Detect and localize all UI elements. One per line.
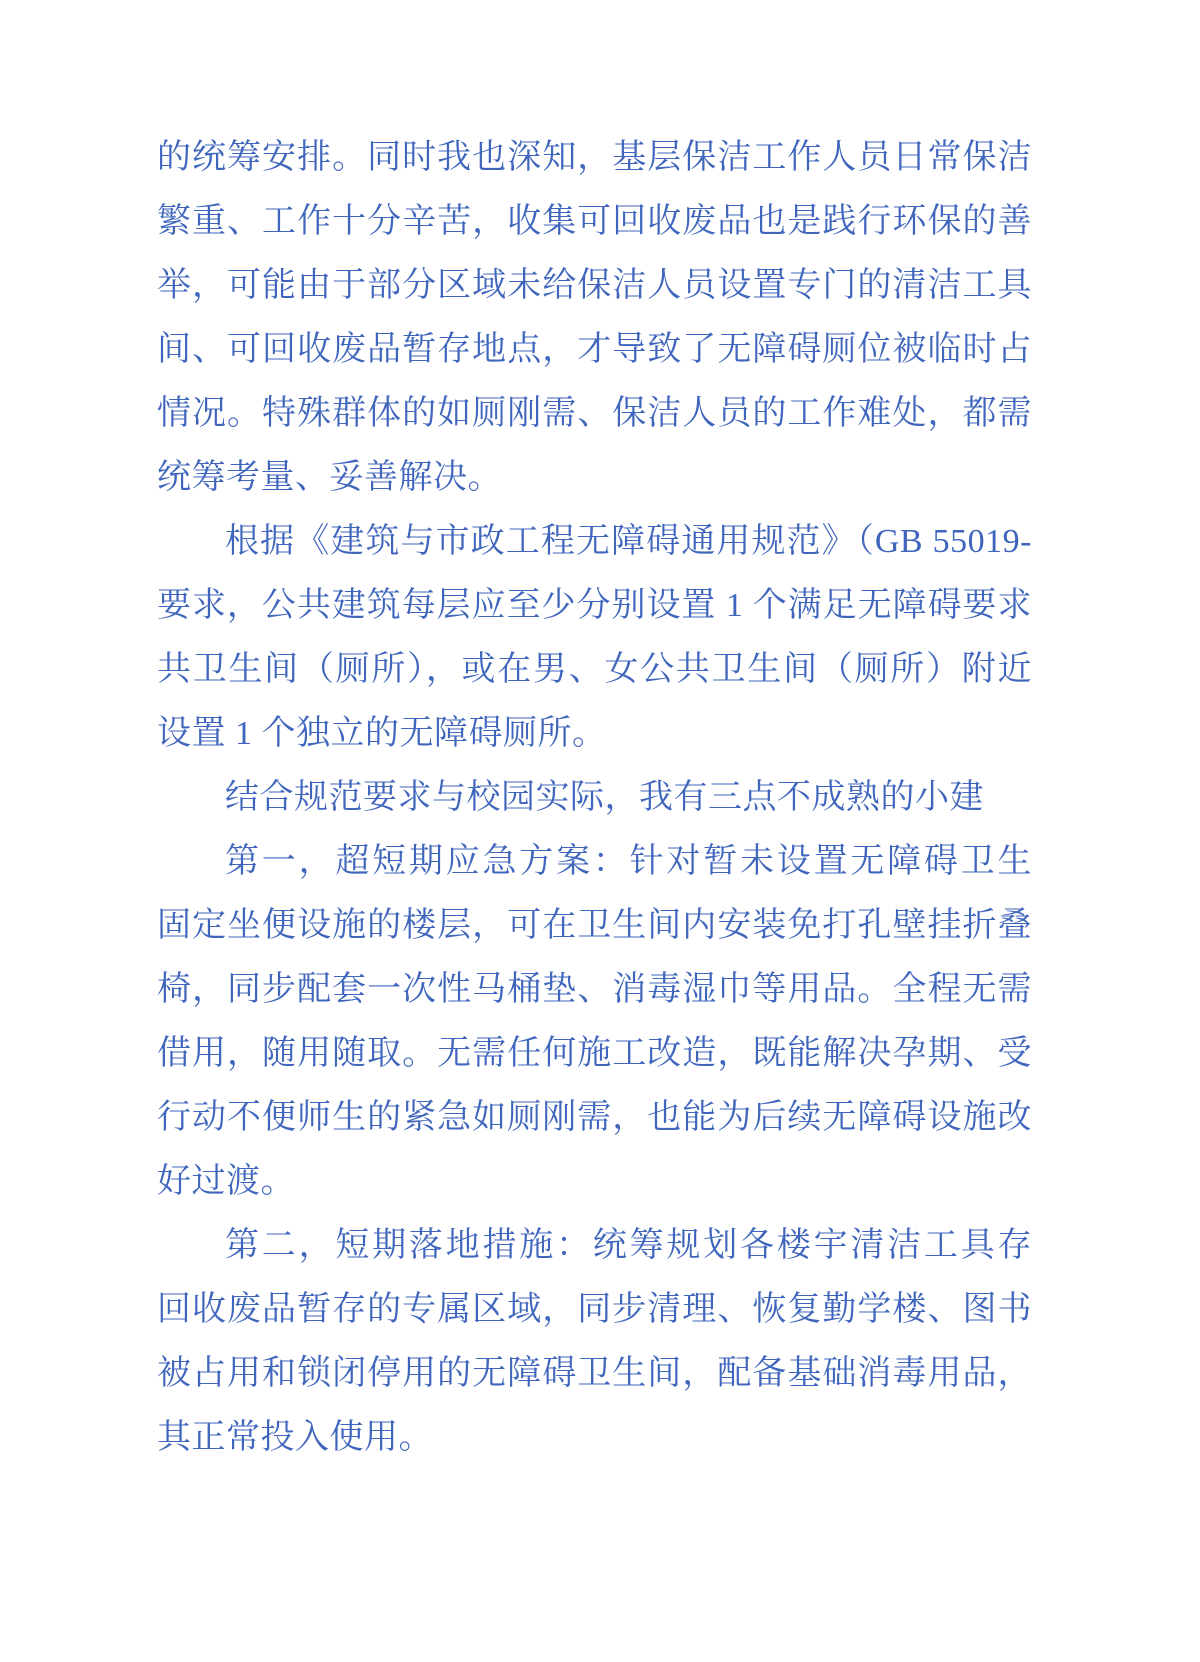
text-line: 好过渡。 xyxy=(157,1150,1032,1214)
text-line: 借用，随用随取。无需任何施工改造，既能解决孕期、受伤、 xyxy=(157,1022,1032,1086)
text-line: 第二，短期落地措施：统筹规划各楼宇清洁工具存放、可 xyxy=(157,1214,1032,1278)
text-line: 椅，同步配套一次性马桶垫、消毒湿巾等用品。全程无需登记 xyxy=(157,958,1032,1022)
text-line: 被占用和锁闭停用的无障碍卫生间，配备基础消毒用品，保障 xyxy=(157,1342,1032,1406)
text-line: 第一，超短期应急方案：针对暂未设置无障碍卫生间、无 xyxy=(157,830,1032,894)
text-line: 固定坐便设施的楼层，可在卫生间内安装免打孔壁挂折叠坐便 xyxy=(157,894,1032,958)
text-line: 要求，公共建筑每层应至少分别设置 1 个满足无障碍要求的公 xyxy=(157,574,1032,638)
text-line: 情况。特殊群体的如厕刚需、保洁人员的工作难处，都需要被 xyxy=(157,382,1032,446)
text-line: 设置 1 个独立的无障碍厕所。 xyxy=(157,702,1032,766)
text-line: 根据《建筑与市政工程无障碍通用规范》（GB 55019-2021） xyxy=(157,510,1032,574)
letter-body: 的统筹安排。同时我也深知，基层保洁工作人员日常保洁任务 繁重、工作十分辛苦，收集… xyxy=(157,126,1032,1470)
text-line: 举，可能由于部分区域未给保洁人员设置专门的清洁工具存放 xyxy=(157,254,1032,318)
document-page: 的统筹安排。同时我也深知，基层保洁工作人员日常保洁任务 繁重、工作十分辛苦，收集… xyxy=(0,0,1200,1662)
text-line: 其正常投入使用。 xyxy=(157,1406,1032,1470)
text-line: 结合规范要求与校园实际，我有三点不成熟的小建议： xyxy=(157,766,1032,830)
text-line: 繁重、工作十分辛苦，收集可回收废品也是践行环保的善意之 xyxy=(157,190,1032,254)
text-line: 的统筹安排。同时我也深知，基层保洁工作人员日常保洁任务 xyxy=(157,126,1032,190)
text-line: 共卫生间（厕所），或在男、女公共卫生间（厕所）附近至少 xyxy=(157,638,1032,702)
text-line: 间、可回收废品暂存地点，才导致了无障碍厕位被临时占用的 xyxy=(157,318,1032,382)
text-line: 行动不便师生的紧急如厕刚需，也能为后续无障碍设施改造做 xyxy=(157,1086,1032,1150)
text-line: 统筹考量、妥善解决。 xyxy=(157,446,1032,510)
text-line: 回收废品暂存的专属区域，同步清理、恢复勤学楼、图书馆内 xyxy=(157,1278,1032,1342)
